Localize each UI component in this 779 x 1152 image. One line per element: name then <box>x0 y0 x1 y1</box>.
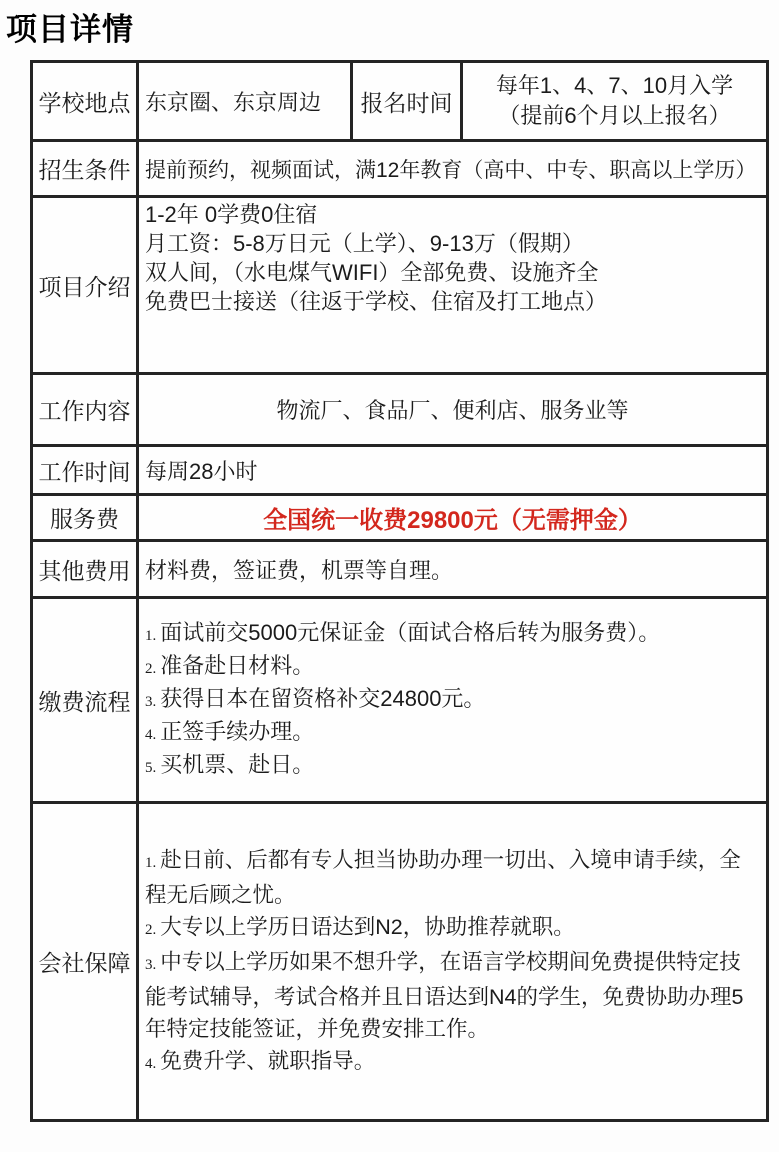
project-detail-table: 学校地点 东京圈、东京周边 报名时间 每年1、4、7、10月入学 （提前6个月以… <box>30 60 769 1122</box>
payment-process-label: 缴费流程 <box>32 598 138 803</box>
payment-step-number: 5. <box>145 760 160 776</box>
intro-value: 1-2年 0学费0住宿 月工资：5-8万日元（上学）、9-13万（假期） 双人间… <box>138 197 768 374</box>
guarantee-item-text: 赴日前、后都有专人担当协助办理一切出、入境申请手续，全程无后顾之忧。 <box>145 848 741 907</box>
other-fee-value: 材料费，签证费，机票等自理。 <box>138 541 768 598</box>
signup-time-line2: （提前6个月以上报名） <box>469 101 760 131</box>
guarantee-item-number: 3. <box>145 957 160 973</box>
work-time-label-text: 工作时间 <box>39 459 131 485</box>
guarantee-item-text: 大专以上学历日语达到N2，协助推荐就职。 <box>160 915 575 939</box>
guarantee-item-text: 免费升学、就职指导。 <box>160 1049 375 1073</box>
signup-time-label-text: 报名时间 <box>361 90 453 116</box>
service-fee-value-text: 全国统一收费29800元（无需押金） <box>263 507 642 534</box>
guarantee-item-number: 4. <box>145 1056 160 1072</box>
other-fee-value-text: 材料费，签证费，机票等自理。 <box>145 558 453 583</box>
payment-process-value: 1.面试前交5000元保证金（面试合格后转为服务费）。 2.准备赴日材料。 3.… <box>138 598 768 803</box>
company-guarantee-label: 会社保障 <box>32 803 138 1121</box>
payment-step-text: 面试前交5000元保证金（面试合格后转为服务费）。 <box>160 620 660 645</box>
service-fee-label: 服务费 <box>32 495 138 541</box>
payment-step-text: 正签手续办理。 <box>160 719 314 744</box>
payment-process-label-text: 缴费流程 <box>39 689 131 715</box>
guarantee-item: 4.免费升学、就职指导。 <box>145 1045 760 1080</box>
work-time-label: 工作时间 <box>32 446 138 495</box>
service-fee-value: 全国统一收费29800元（无需押金） <box>138 495 768 541</box>
school-location-value-text: 东京圈、东京周边 <box>145 90 321 115</box>
guarantee-item: 3.中专以上学历如果不想升学，在语言学校期间免费提供特定技能考试辅导，考试合格并… <box>145 946 760 1045</box>
work-content-value-text: 物流厂、食品厂、便利店、服务业等 <box>276 398 628 423</box>
payment-step-text: 准备赴日材料。 <box>160 653 314 678</box>
guarantee-item: 2.大专以上学历日语达到N2，协助推荐就职。 <box>145 911 760 946</box>
payment-step: 1.面试前交5000元保证金（面试合格后转为服务费）。 <box>145 618 760 651</box>
work-content-label: 工作内容 <box>32 374 138 446</box>
table-row-other-fee: 其他费用 材料费，签证费，机票等自理。 <box>32 541 768 598</box>
signup-time-label: 报名时间 <box>352 62 462 141</box>
table-row-work-content: 工作内容 物流厂、食品厂、便利店、服务业等 <box>32 374 768 446</box>
guarantee-item: 1.赴日前、后都有专人担当协助办理一切出、入境申请手续，全程无后顾之忧。 <box>145 844 760 911</box>
payment-step: 3.获得日本在留资格补交24800元。 <box>145 684 760 717</box>
payment-step-number: 2. <box>145 661 160 677</box>
guarantee-item-text: 中专以上学历如果不想升学，在语言学校期间免费提供特定技能考试辅导，考试合格并且日… <box>145 950 743 1041</box>
other-fee-label: 其他费用 <box>32 541 138 598</box>
table-row-payment-process: 缴费流程 1.面试前交5000元保证金（面试合格后转为服务费）。 2.准备赴日材… <box>32 598 768 803</box>
work-content-value: 物流厂、食品厂、便利店、服务业等 <box>138 374 768 446</box>
admission-label: 招生条件 <box>32 141 138 197</box>
school-location-value: 东京圈、东京周边 <box>138 62 352 141</box>
intro-line: 1-2年 0学费0住宿 <box>145 200 760 229</box>
admission-value: 提前预约，视频面试，满12年教育（高中、中专、职高以上学历） <box>138 141 768 197</box>
payment-step: 2.准备赴日材料。 <box>145 651 760 684</box>
signup-time-value: 每年1、4、7、10月入学 （提前6个月以上报名） <box>462 62 768 141</box>
admission-value-text: 提前预约，视频面试，满12年教育（高中、中专、职高以上学历） <box>145 159 756 182</box>
payment-step: 5.买机票、赴日。 <box>145 750 760 783</box>
intro-line: 双人间，（水电煤气WIFI）全部免费、设施齐全 <box>145 258 760 287</box>
guarantee-item-number: 1. <box>145 855 160 871</box>
table-row-intro: 项目介绍 1-2年 0学费0住宿 月工资：5-8万日元（上学）、9-13万（假期… <box>32 197 768 374</box>
signup-time-line1: 每年1、4、7、10月入学 <box>469 71 760 101</box>
payment-step-number: 4. <box>145 727 160 743</box>
work-time-value-text: 每周28小时 <box>145 459 257 484</box>
payment-step-text: 买机票、赴日。 <box>160 752 314 777</box>
company-guarantee-label-text: 会社保障 <box>39 950 131 976</box>
table-row-service-fee: 服务费 全国统一收费29800元（无需押金） <box>32 495 768 541</box>
intro-label: 项目介绍 <box>32 197 138 374</box>
work-content-label-text: 工作内容 <box>39 398 131 424</box>
school-location-label: 学校地点 <box>32 62 138 141</box>
table-row-company-guarantee: 会社保障 1.赴日前、后都有专人担当协助办理一切出、入境申请手续，全程无后顾之忧… <box>32 803 768 1121</box>
table-row-school-location: 学校地点 东京圈、东京周边 报名时间 每年1、4、7、10月入学 （提前6个月以… <box>32 62 768 141</box>
school-location-label-text: 学校地点 <box>39 90 131 116</box>
payment-step-text: 获得日本在留资格补交24800元。 <box>160 686 485 711</box>
guarantee-item-number: 2. <box>145 922 160 938</box>
payment-step-number: 1. <box>145 628 160 644</box>
intro-line: 免费巴士接送（往返于学校、住宿及打工地点） <box>145 287 760 316</box>
intro-line: 月工资：5-8万日元（上学）、9-13万（假期） <box>145 229 760 258</box>
payment-step-number: 3. <box>145 694 160 710</box>
table-row-work-time: 工作时间 每周28小时 <box>32 446 768 495</box>
payment-step: 4.正签手续办理。 <box>145 717 760 750</box>
other-fee-label-text: 其他费用 <box>39 558 131 584</box>
company-guarantee-value: 1.赴日前、后都有专人担当协助办理一切出、入境申请手续，全程无后顾之忧。 2.大… <box>138 803 768 1121</box>
table-row-admission: 招生条件 提前预约，视频面试，满12年教育（高中、中专、职高以上学历） <box>32 141 768 197</box>
service-fee-label-text: 服务费 <box>50 506 119 532</box>
admission-label-text: 招生条件 <box>39 157 131 183</box>
intro-label-text: 项目介绍 <box>39 274 131 300</box>
work-time-value: 每周28小时 <box>138 446 768 495</box>
page-title: 项目详情 <box>6 4 134 49</box>
